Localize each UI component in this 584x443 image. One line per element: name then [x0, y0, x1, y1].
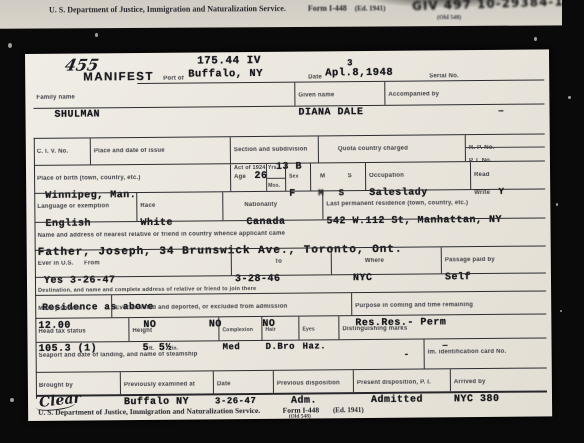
identification-card-cell: Im. identification card No. [424, 338, 547, 368]
to-label: To [275, 259, 282, 266]
file-number: 175.44 IV [197, 56, 261, 68]
marital-m-header: M [320, 173, 325, 180]
marital-s-header: S [348, 173, 352, 180]
language-cell: Language or exemption English [34, 193, 136, 222]
last-residence-cell: Last permanent residence (town, country,… [322, 189, 545, 219]
read-write-cell: Read Write Y [470, 161, 545, 189]
sex-cell: Sex F [285, 164, 310, 191]
eyes-cell: Eyes Haz. [298, 316, 338, 339]
disposition-row: Brought by Clear Previously examined at … [36, 367, 547, 396]
accompanied-by-value: — [498, 106, 503, 117]
money-shown-label: Money shown [38, 306, 80, 313]
ever-in-us-cell: Ever in U.S. From Yes 3-26-47 [35, 249, 231, 277]
complexion-cell: Complexion Med [218, 317, 261, 340]
where-label: Where [365, 258, 384, 265]
quota-country-cell: Quota country charged [318, 135, 465, 162]
previously-examined-label: Previously examined at [124, 382, 195, 390]
age-label: Age [234, 174, 246, 181]
years-label: Yrs. [268, 165, 278, 172]
place-of-birth-label: Place of birth (town, country, etc.) [37, 175, 140, 183]
exam-date-cell: Date 3-26-47 [213, 371, 273, 394]
occupation-label: Occupation [369, 173, 404, 180]
present-disposition-value: Admitted [371, 395, 423, 406]
scan-speck [560, 310, 562, 312]
passage-paid-cell: Passage paid by Self [441, 246, 546, 273]
previously-examined-cell: Previously examined at Buffalo NY [120, 371, 213, 394]
ever-in-us-label: Ever in U.S. [38, 261, 74, 268]
footer-form-number: Form I-448 (Old 548) [283, 405, 321, 414]
place-of-birth-cell: Place of birth (town, country, etc.) Win… [34, 164, 230, 193]
where-cell: Where NYC [331, 247, 441, 274]
seaport-label: Seaport and date of landing, and name of… [39, 352, 198, 360]
language-label: Language or exemption [37, 203, 109, 211]
to-cell: To 3-28-46 [231, 248, 331, 275]
nationality-label: Nationality [244, 202, 277, 209]
race-cell: Race White [136, 192, 222, 221]
head-tax-label: Head tax status [38, 328, 85, 335]
section-subdivision-cell: Section and subdivision Act of 1924 13 B [230, 136, 318, 163]
top-form-number: Form I-448 [308, 4, 347, 13]
seaport-cell: Seaport and date of landing, and name of… [36, 340, 424, 372]
scan-speck [556, 203, 558, 206]
scan-speck [568, 96, 571, 99]
family-name-value: SHULMAN [54, 109, 100, 120]
scan-speck [8, 43, 12, 48]
seaport-row: Seaport and date of landing, and name of… [36, 337, 547, 371]
birth-row: Place of birth (town, country, etc.) Win… [34, 160, 545, 192]
purpose-label: Purpose in coming and time remaining [355, 302, 473, 310]
arrived-by-label: Arrived by [454, 379, 486, 386]
arrived-by-cell: Arrived by NYC 380 [450, 368, 547, 391]
scan-speck [534, 37, 537, 41]
previous-disposition-cell: Previous disposition Adm. [273, 370, 353, 393]
language-row: Language or exemption English Race White… [34, 188, 545, 221]
accompanied-by-label: Accompanied by [388, 91, 439, 98]
date-correction: 3 [347, 58, 353, 69]
given-name-value: DIANA DALE [298, 107, 363, 119]
previous-disposition-label: Previous disposition [277, 380, 340, 388]
age-cell: Age 26 Yrs. Mos. [230, 164, 285, 191]
place-date-issue-label: Place and date of issue [94, 148, 165, 156]
scan-speck [10, 398, 14, 402]
present-disposition-cell: Present disposition, P. I. Admitted [353, 369, 450, 392]
scan-corner [562, 0, 584, 34]
present-disposition-label: Present disposition, P. I. [357, 379, 431, 387]
rp-pi-cell: R. P. No. P. I. No. [465, 134, 545, 161]
footer-agency-text: U. S. Department of Justice, Immigration… [38, 406, 260, 417]
brought-by-cell: Brought by Clear [36, 372, 120, 395]
last-residence-label: Last permanent residence (town, country,… [326, 200, 468, 208]
quota-country-label: Quota country charged [338, 146, 408, 154]
place-date-issue-cell: Place and date of issue [90, 137, 230, 164]
distinguishing-marks-cell: Distinguishing marks — [338, 314, 546, 339]
arrived-by-value: NYC 380 [454, 394, 500, 405]
nearest-relative-label: Name and address of nearest relative or … [38, 231, 286, 240]
port-value: Buffalo, NY [188, 69, 263, 81]
section-subdivision-label: Section and subdivision [234, 147, 308, 155]
footer-old-form: (Old 548) [289, 414, 311, 420]
identification-card-label: Im. identification card No. [428, 349, 507, 357]
read-label: Read [474, 172, 490, 179]
top-agency-text: U. S. Department of Justice, Immigration… [49, 4, 286, 14]
arrested-label: Ever arrested and deported, or excluded … [115, 304, 287, 313]
manifest-card: 455 175.44 IV MANIFEST Port of Buffalo, … [25, 49, 552, 421]
scan-speck [95, 33, 98, 37]
height-label: Height [132, 328, 152, 335]
brought-by-label: Brought by [39, 383, 73, 390]
manifest-title: MANIFEST [83, 71, 154, 84]
marital-status-cell: M S M S [310, 163, 365, 190]
given-name-cell: Given name DIANA DALE [294, 82, 384, 106]
civ-number-label: C. I. V. No. [37, 149, 69, 156]
sex-label: Sex [289, 174, 299, 181]
nearest-relative-row: Name and address of nearest relative or … [34, 217, 545, 249]
race-label: Race [140, 203, 155, 210]
footer-form-edition: (Ed. 1941) [333, 406, 364, 414]
passage-paid-label: Passage paid by [445, 257, 495, 264]
money-shown-cell: Money shown 12.00 [35, 295, 111, 318]
family-name-cell: Family name SHULMAN [33, 83, 294, 108]
top-strip: U. S. Department of Justice, Immigration… [0, 0, 584, 29]
given-name-label: Given name [298, 92, 334, 99]
accompanied-by-cell: Accompanied by — [384, 80, 544, 104]
occupation-cell: Occupation Saleslady [365, 162, 470, 190]
hair-label: Hair [265, 327, 276, 334]
scanned-manifest-screenshot: { "top_strip": { "agency": "U. S. Depart… [0, 0, 584, 443]
distinguishing-marks-label: Distinguishing marks [342, 326, 407, 334]
name-row: Family name SHULMAN Given name DIANA DAL… [33, 80, 544, 108]
top-old-form: (Old 548) [437, 15, 461, 21]
civ-number-cell: C. I. V. No. [34, 138, 90, 164]
exam-date-label: Date [217, 381, 231, 388]
months-label: Mos. [268, 183, 280, 190]
arrested-cell: Ever arrested and deported, or excluded … [111, 293, 351, 317]
height-cell: Height 5ft. 5½in. [128, 317, 218, 341]
from-label: From [84, 260, 100, 267]
seaport-value: - [404, 350, 410, 361]
nationality-cell: Nationality Canada [222, 191, 322, 220]
hair-cell: Hair D.Bro [261, 317, 298, 340]
complexion-label: Complexion [222, 327, 253, 334]
age-units-column: Yrs. Mos. [266, 164, 285, 191]
purpose-cell: Purpose in coming and time remaining Res… [351, 291, 546, 315]
family-name-label: Family name [36, 95, 75, 102]
rp-number-label: R. P. No. [469, 145, 495, 152]
date-value: Apl.8,1948 [325, 68, 393, 80]
eyes-label: Eyes [302, 326, 315, 333]
card-footer: U. S. Department of Justice, Immigration… [38, 399, 364, 420]
head-tax-cell: Head tax status 105.3 (1) [35, 318, 128, 342]
